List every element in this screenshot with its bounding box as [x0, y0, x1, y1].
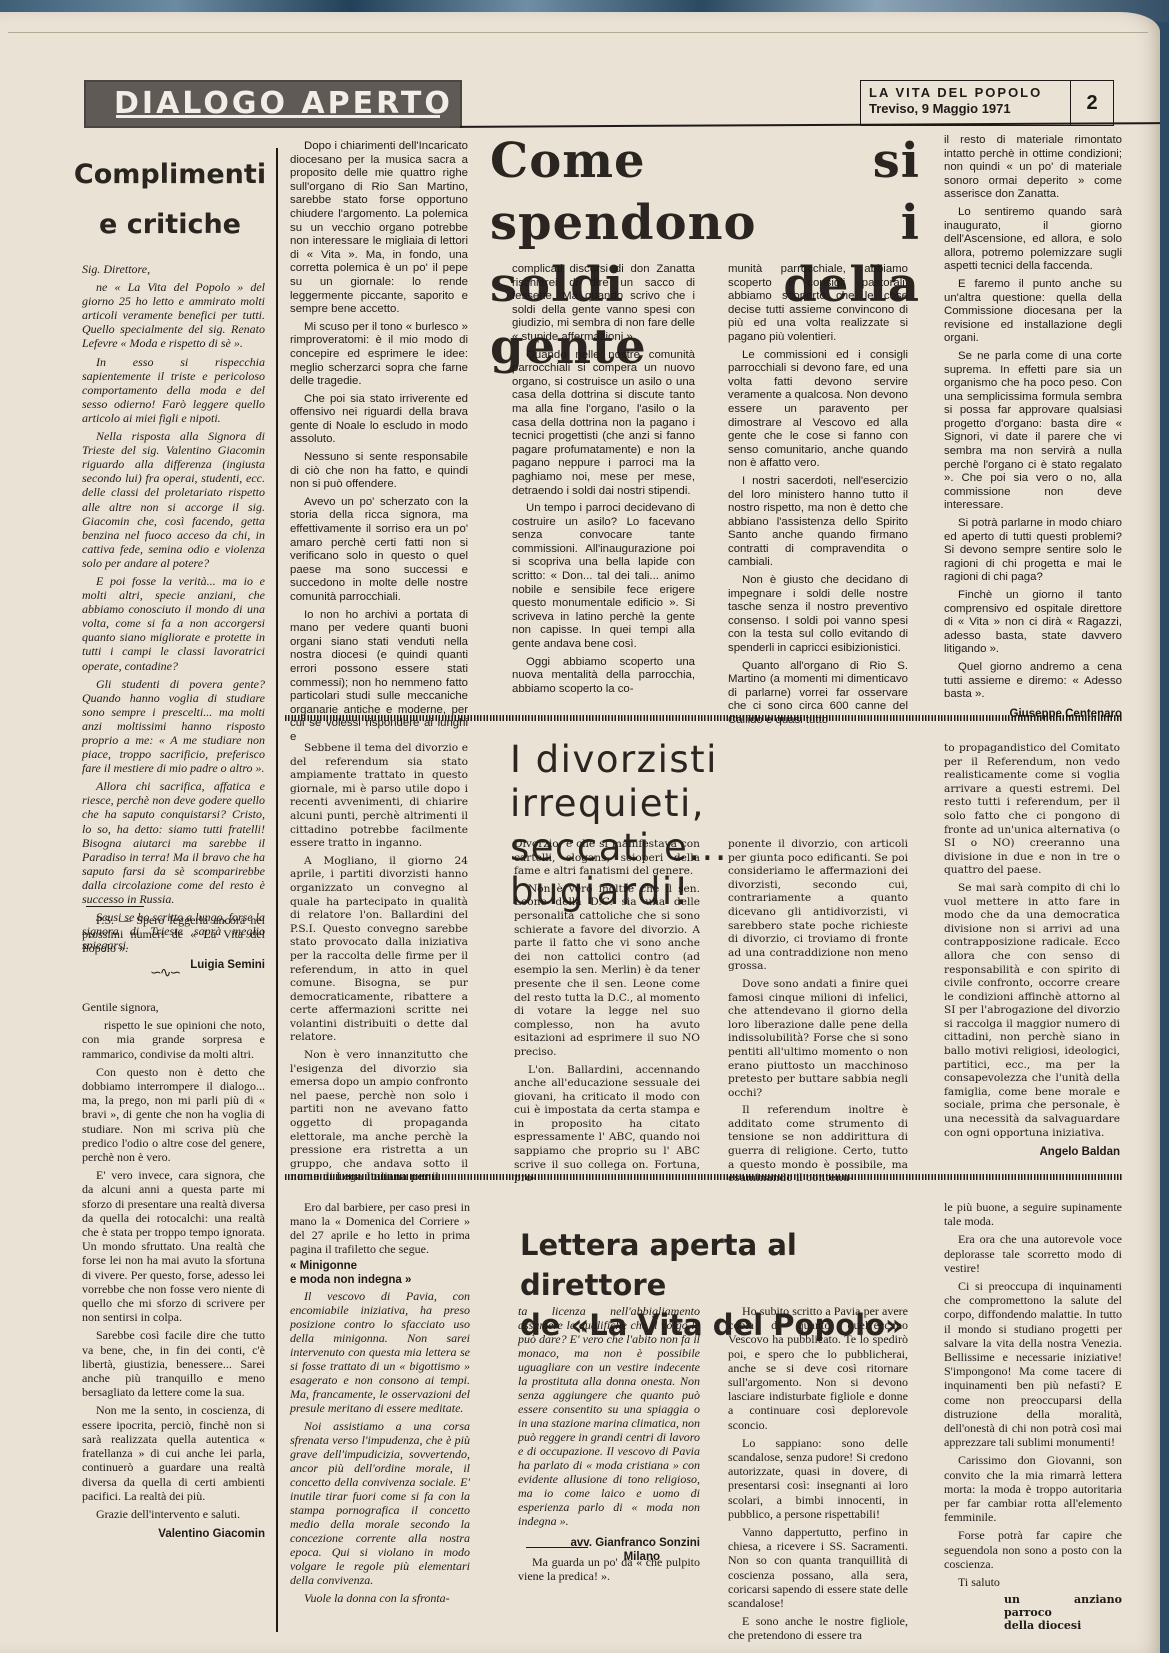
paragraph: E sono anche le nostre figliole, che pre… — [728, 1614, 908, 1642]
quote-title: « Minigonne — [290, 1260, 470, 1274]
divorzisti-col-2: Divorzio, e che si manifestava con carte… — [514, 838, 700, 1190]
paragraph: L'on. Ballardini, accennando anche all'e… — [514, 1064, 700, 1186]
paragraph: Ci si preoccupa di inquinamenti che comp… — [944, 1279, 1122, 1449]
paragraph: Se mai sarà compito di chi lo vuol mette… — [944, 882, 1120, 1140]
paragraph: Dopo i chiarimenti dell'Incaricato dioce… — [290, 140, 468, 317]
paragraph: In esso si rispecchia sapientemente il t… — [82, 355, 265, 425]
paragraph: Dove sono andati a finire quei famosi ci… — [728, 978, 908, 1100]
paragraph: Le commissioni ed i consigli parrocchial… — [728, 349, 908, 471]
paragraph: complicati discorsi di don Zanatta risch… — [512, 263, 695, 345]
lettera-col-2-after: Ma guarda un po' da « che pulpito viene … — [518, 1555, 700, 1587]
paragraph: I nostri sacerdoti, nell'esercizio del l… — [728, 475, 908, 570]
paragraph: Quel giorno andremo a cena tutti assieme… — [944, 661, 1122, 702]
footnote-rule — [526, 1547, 588, 1548]
paragraph: Lo sentiremo quando sarà inaugurato, il … — [944, 206, 1122, 274]
paragraph: Forse potrà far capire che seguendola no… — [944, 1528, 1122, 1571]
signature: Valentino Giacomin — [82, 1527, 265, 1541]
paragraph: Con questo non è detto che dobbiamo inte… — [82, 1065, 265, 1164]
page-edge-line — [8, 32, 1148, 33]
paragraph: Era ora che una autorevole voce deploras… — [944, 1232, 1122, 1275]
paragraph: Il vescovo di Pavia, con encomiabile ini… — [290, 1289, 470, 1415]
divorzisti-col-3: ponente il divorzio, con articoli per gi… — [728, 838, 908, 1190]
paragraph: Carissimo don Giovanni, son convito che … — [944, 1453, 1122, 1524]
signature: Angelo Baldan — [944, 1146, 1120, 1160]
lettera-col-3: Ho subito scritto a Pavia per avere copi… — [728, 1304, 908, 1647]
headline-complimenti: Complimenti e critiche — [70, 150, 270, 250]
paragraph: Vanno dappertutto, perfino in chiesa, a … — [728, 1525, 908, 1610]
footnote-rule — [86, 906, 144, 907]
reply-giacomin: Gentile signora, rispetto le sue opinion… — [82, 1000, 265, 1541]
paragraph: Nessuno si sente responsabile di ciò che… — [290, 451, 468, 492]
paragraph: il resto di materiale rimontato intatto … — [944, 134, 1122, 202]
paragraph: E faremo il punto anche su un'altra ques… — [944, 278, 1122, 346]
signature: un anziano parroco — [1004, 1593, 1122, 1619]
headline-line: I divorzisti irrequieti, — [510, 738, 900, 826]
letter-semini: Sig. Direttore, ne « La Vita del Popolo … — [82, 262, 265, 973]
paragraph: ne « La Vita del Popolo » del giorno 25 … — [82, 280, 265, 350]
lettera-col-1: Ero dal barbiere, per caso presi in mano… — [290, 1200, 470, 1609]
paragraph: le più buone, a seguire supinamente tale… — [944, 1200, 1122, 1228]
paragraph: Grazie dell'intervento e saluti. — [82, 1507, 265, 1521]
postscript: P.S. — Spero leggerla ancora nei prossim… — [82, 913, 265, 959]
paragraph: Se ne parla come di una corte suprema. I… — [944, 350, 1122, 513]
paragraph: Vuole la donna con la sfronta- — [290, 1591, 470, 1605]
paragraph: Non è vero inoltre che il sen. Leone del… — [514, 883, 700, 1060]
lettera-col-2: ta licenza nell'abbigliamento assumere l… — [518, 1304, 700, 1564]
quote-title: e moda non indegna » — [290, 1274, 470, 1288]
section-divider — [285, 1174, 1123, 1180]
paragraph: munità parrocchiale, abbiamo scoperto i … — [728, 263, 908, 345]
paragraph: Ero dal barbiere, per caso presi in mano… — [290, 1200, 470, 1256]
paragraph: Che poi sia stato irriverente ed offensi… — [290, 393, 468, 447]
paragraph: Oggi abbiamo scoperto una nuova mentalit… — [512, 656, 695, 697]
paragraph: Non me la sento, in coscienza, di essere… — [82, 1403, 265, 1502]
paragraph: Sarebbe così facile dire che tutto va be… — [82, 1328, 265, 1399]
postscript-text: P.S. — Spero leggerla ancora nei prossim… — [82, 913, 265, 955]
salutation: Sig. Direttore, — [82, 262, 265, 276]
signature: della diocesi — [1004, 1619, 1122, 1632]
page-number: 2 — [1071, 81, 1113, 125]
soldi-col-1: Dopo i chiarimenti dell'Incaricato dioce… — [290, 140, 468, 749]
paragraph: Divorzio, e che si manifestava con carte… — [514, 838, 700, 879]
paragraph: Ma guarda un po' da « che pulpito viene … — [518, 1555, 700, 1583]
paper-name: LA VITA DEL POPOLO — [869, 85, 1062, 101]
paragraph: ta licenza nell'abbigliamento assumere l… — [518, 1304, 700, 1528]
paragraph: Nella risposta alla Signora di Trieste d… — [82, 429, 265, 570]
masthead-box: LA VITA DEL POPOLO Treviso, 9 Maggio 197… — [860, 80, 1114, 126]
paragraph: Sebbene il tema del divorzio e del refer… — [290, 742, 468, 851]
paragraph: E' vero invece, cara signora, che da alc… — [82, 1168, 265, 1324]
paragraph: Ho subito scritto a Pavia per avere copi… — [728, 1304, 908, 1432]
paragraph: Noi assistiamo a una corsa sfrenata vers… — [290, 1419, 470, 1587]
divorzisti-col-4: to propagandistico del Comitato per il R… — [944, 742, 1120, 1160]
paragraph: Gli studenti di povera gente? Quando han… — [82, 677, 265, 776]
paragraph: Finchè un giorno il tanto comprensivo ed… — [944, 589, 1122, 657]
paragraph: A Mogliano, il giorno 24 aprile, i parti… — [290, 855, 468, 1045]
headline-line: Lettera aperta al direttore — [520, 1225, 910, 1305]
paragraph: E poi fosse la verità... ma io e molti a… — [82, 574, 265, 673]
paragraph: Non è vero innanzitutto che l'esigenza d… — [290, 1049, 468, 1185]
paragraph: Mi scuso per il tono « burlesco » rimpro… — [290, 321, 468, 389]
lettera-col-4: le più buone, a seguire supinamente tale… — [944, 1200, 1122, 1632]
soldi-col-2: complicati discorsi di don Zanatta risch… — [512, 263, 695, 700]
soldi-col-4: il resto di materiale rimontato intatto … — [944, 134, 1122, 721]
salutation: Gentile signora, — [82, 1000, 265, 1014]
headline-line: e critiche — [70, 200, 270, 250]
paragraph: Quando nelle nostre comunità parrocchial… — [512, 349, 695, 499]
paragraph: Non è giusto che decidano di impegnare i… — [728, 574, 908, 656]
paragraph: Si potrà parlarne in modo chiaro ed aper… — [944, 517, 1122, 585]
column-rule-left — [276, 148, 278, 1632]
ornament-divider: ∽∿∽ — [150, 964, 179, 981]
soldi-col-3: munità parrocchiale, abbiamo scoperto i … — [728, 263, 908, 732]
divorzisti-col-1: Sebbene il tema del divorzio e del refer… — [290, 742, 468, 1189]
banner-underline — [116, 115, 440, 118]
paragraph: Lo sappiano: sono delle scandalose, senz… — [728, 1436, 908, 1521]
paragraph: Allora chi sacrifica, affatica e riesce,… — [82, 779, 265, 906]
headline-line: Complimenti — [70, 150, 270, 200]
paragraph: Ti saluto — [944, 1575, 1122, 1589]
section-banner: DIALOGO APERTO — [84, 80, 462, 128]
paragraph: to propagandistico del Comitato per il R… — [944, 742, 1120, 878]
paragraph: rispetto le sue opinioni che noto, con m… — [82, 1018, 265, 1061]
section-divider — [285, 715, 1123, 721]
paragraph: Un tempo i parroci decidevano di costrui… — [512, 502, 695, 652]
dateline: Treviso, 9 Maggio 1971 — [869, 101, 1062, 117]
paragraph: ponente il divorzio, con articoli per gi… — [728, 838, 908, 974]
paragraph: Avevo un po' scherzato con la storia del… — [290, 496, 468, 605]
paragraph: Io non ho archivi a portata di mano per … — [290, 609, 468, 745]
